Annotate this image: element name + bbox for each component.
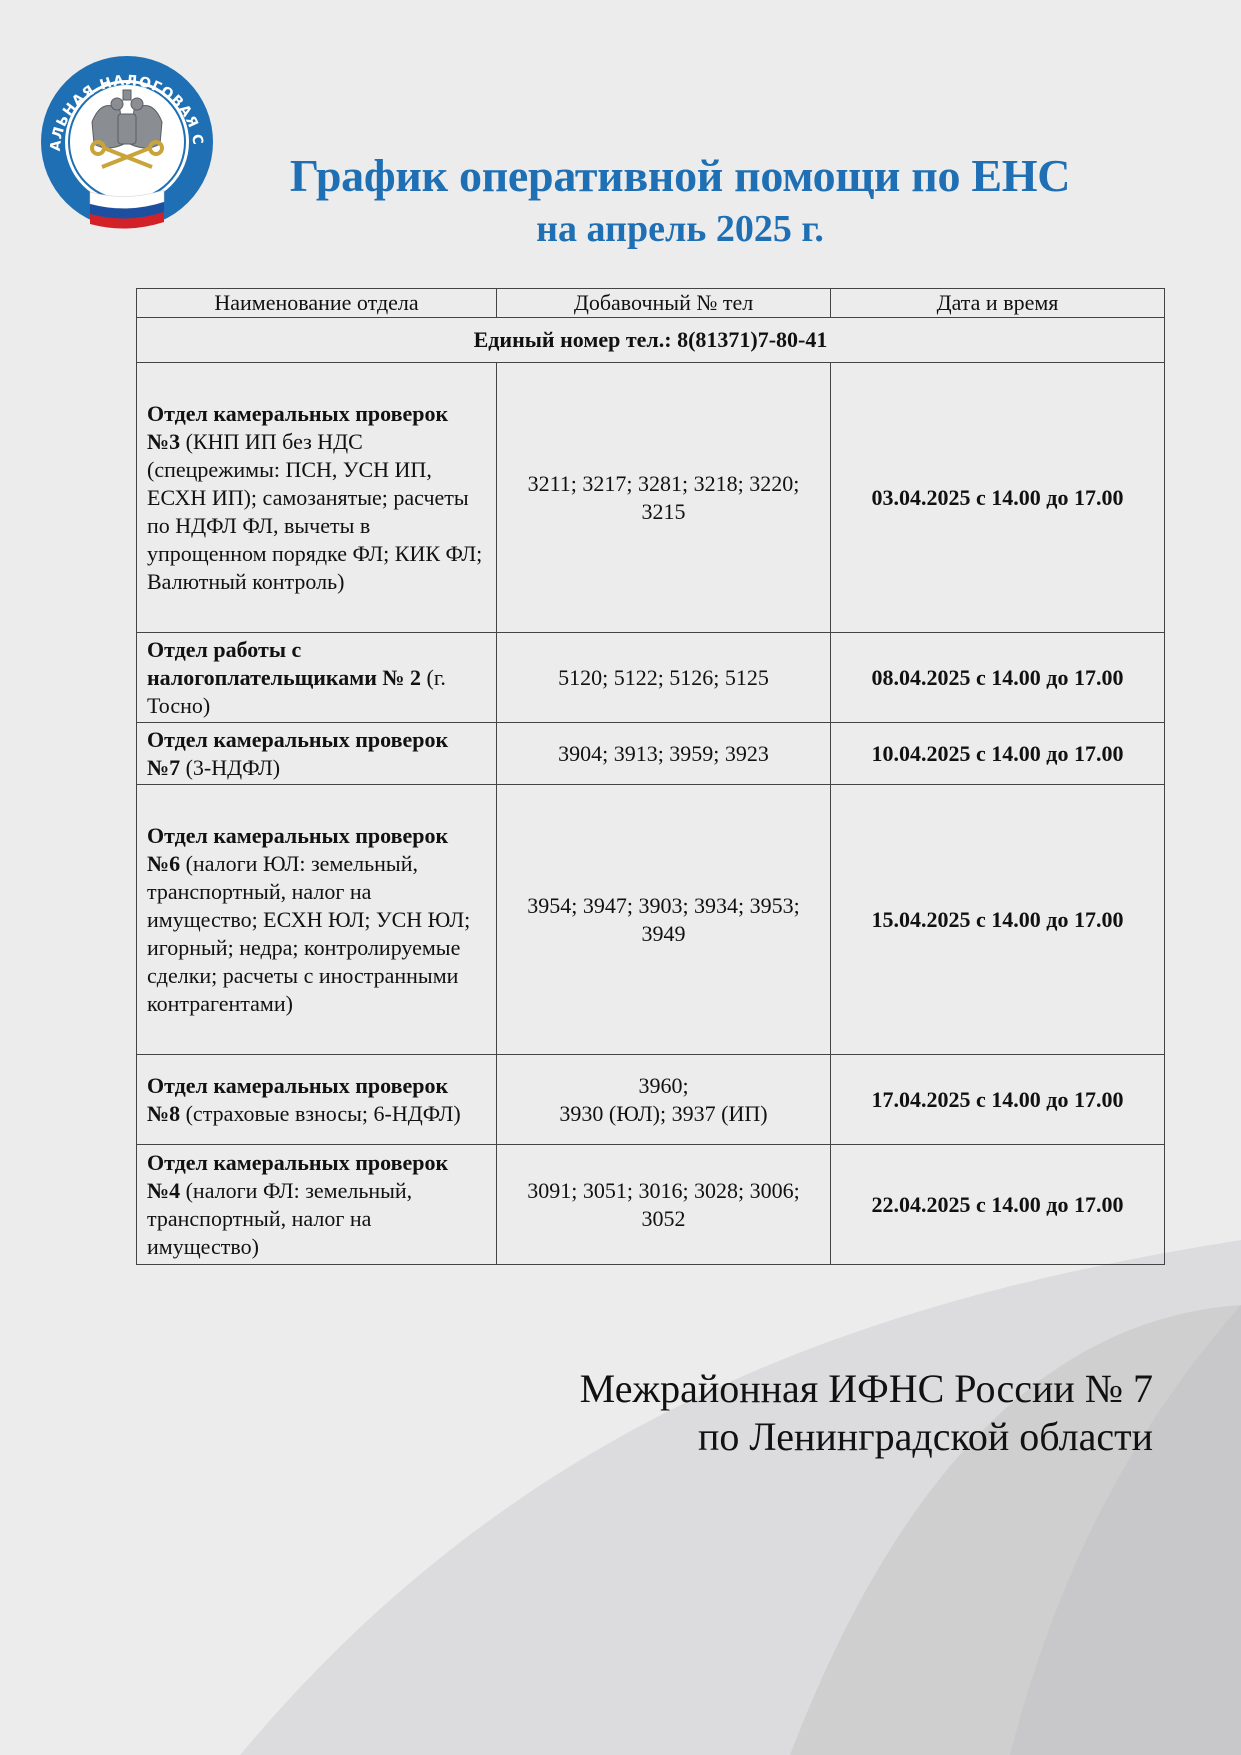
fns-emblem-icon: ФЕДЕРАЛЬНАЯ НАЛОГОВАЯ СЛУЖБА	[32, 52, 222, 237]
column-header-extension: Добавочный № тел	[497, 289, 831, 318]
table-row: Отдел камеральных проверок №8 (страховые…	[137, 1055, 1165, 1145]
datetime-cell: 08.04.2025 с 14.00 до 17.00	[831, 633, 1165, 723]
extension-line: 3960;	[517, 1072, 810, 1100]
page-title: График оперативной помощи по ЕНС	[230, 148, 1130, 204]
table-header-row: Наименование отдела Добавочный № тел Дат…	[137, 289, 1165, 318]
table-row: Отдел камеральных проверок №6 (налоги ЮЛ…	[137, 785, 1165, 1055]
extension-cell: 3954; 3947; 3903; 3934; 3953; 3949	[497, 785, 831, 1055]
department-cell: Отдел работы с налогоплательщиками № 2 (…	[137, 633, 497, 723]
page-subtitle: на апрель 2025 г.	[230, 206, 1130, 252]
datetime-cell: 17.04.2025 с 14.00 до 17.00	[831, 1055, 1165, 1145]
department-details: (КНП ИП без НДС (спецрежимы: ПСН, УСН ИП…	[147, 429, 482, 594]
column-header-datetime: Дата и время	[831, 289, 1165, 318]
department-cell: Отдел камеральных проверок №3 (КНП ИП бе…	[137, 363, 497, 633]
title-block: График оперативной помощи по ЕНС на апре…	[230, 148, 1130, 252]
issuer-name: Межрайонная ИФНС России № 7	[580, 1365, 1153, 1413]
datetime-cell: 03.04.2025 с 14.00 до 17.00	[831, 363, 1165, 633]
common-phone: Единый номер тел.: 8(81371)7-80-41	[137, 318, 1165, 363]
extension-cell: 3904; 3913; 3959; 3923	[497, 723, 831, 785]
issuer-region: по Ленинградской области	[580, 1413, 1153, 1461]
fns-logo: ФЕДЕРАЛЬНАЯ НАЛОГОВАЯ СЛУЖБА	[32, 52, 222, 237]
department-name: Отдел работы с налогоплательщиками № 2	[147, 637, 421, 690]
column-header-department: Наименование отдела	[137, 289, 497, 318]
extension-cell: 3211; 3217; 3281; 3218; 3220; 3215	[497, 363, 831, 633]
extension-cell: 3960;3930 (ЮЛ); 3937 (ИП)	[497, 1055, 831, 1145]
table-row: Отдел камеральных проверок №3 (КНП ИП бе…	[137, 363, 1165, 633]
schedule-table: Наименование отдела Добавочный № тел Дат…	[136, 288, 1165, 1265]
extension-cell: 5120; 5122; 5126; 5125	[497, 633, 831, 723]
table-row: Отдел камеральных проверок №4 (налоги ФЛ…	[137, 1145, 1165, 1265]
datetime-cell: 15.04.2025 с 14.00 до 17.00	[831, 785, 1165, 1055]
table-row: Отдел работы с налогоплательщиками № 2 (…	[137, 633, 1165, 723]
datetime-cell: 22.04.2025 с 14.00 до 17.00	[831, 1145, 1165, 1265]
department-details: (3-НДФЛ)	[180, 755, 280, 780]
common-phone-row: Единый номер тел.: 8(81371)7-80-41	[137, 318, 1165, 363]
department-cell: Отдел камеральных проверок №4 (налоги ФЛ…	[137, 1145, 497, 1265]
issuer-block: Межрайонная ИФНС России № 7 по Ленинград…	[580, 1365, 1153, 1461]
datetime-cell: 10.04.2025 с 14.00 до 17.00	[831, 723, 1165, 785]
department-cell: Отдел камеральных проверок №7 (3-НДФЛ)	[137, 723, 497, 785]
extension-cell: 3091; 3051; 3016; 3028; 3006; 3052	[497, 1145, 831, 1265]
department-cell: Отдел камеральных проверок №6 (налоги ЮЛ…	[137, 785, 497, 1055]
department-details: (налоги ЮЛ: земельный, транспортный, нал…	[147, 851, 470, 1016]
department-cell: Отдел камеральных проверок №8 (страховые…	[137, 1055, 497, 1145]
table-row: Отдел камеральных проверок №7 (3-НДФЛ) 3…	[137, 723, 1165, 785]
extension-line: 3930 (ЮЛ); 3937 (ИП)	[517, 1100, 810, 1128]
department-details: (налоги ФЛ: земельный, транспортный, нал…	[147, 1178, 412, 1259]
department-details: (страховые взносы; 6-НДФЛ)	[180, 1101, 461, 1126]
